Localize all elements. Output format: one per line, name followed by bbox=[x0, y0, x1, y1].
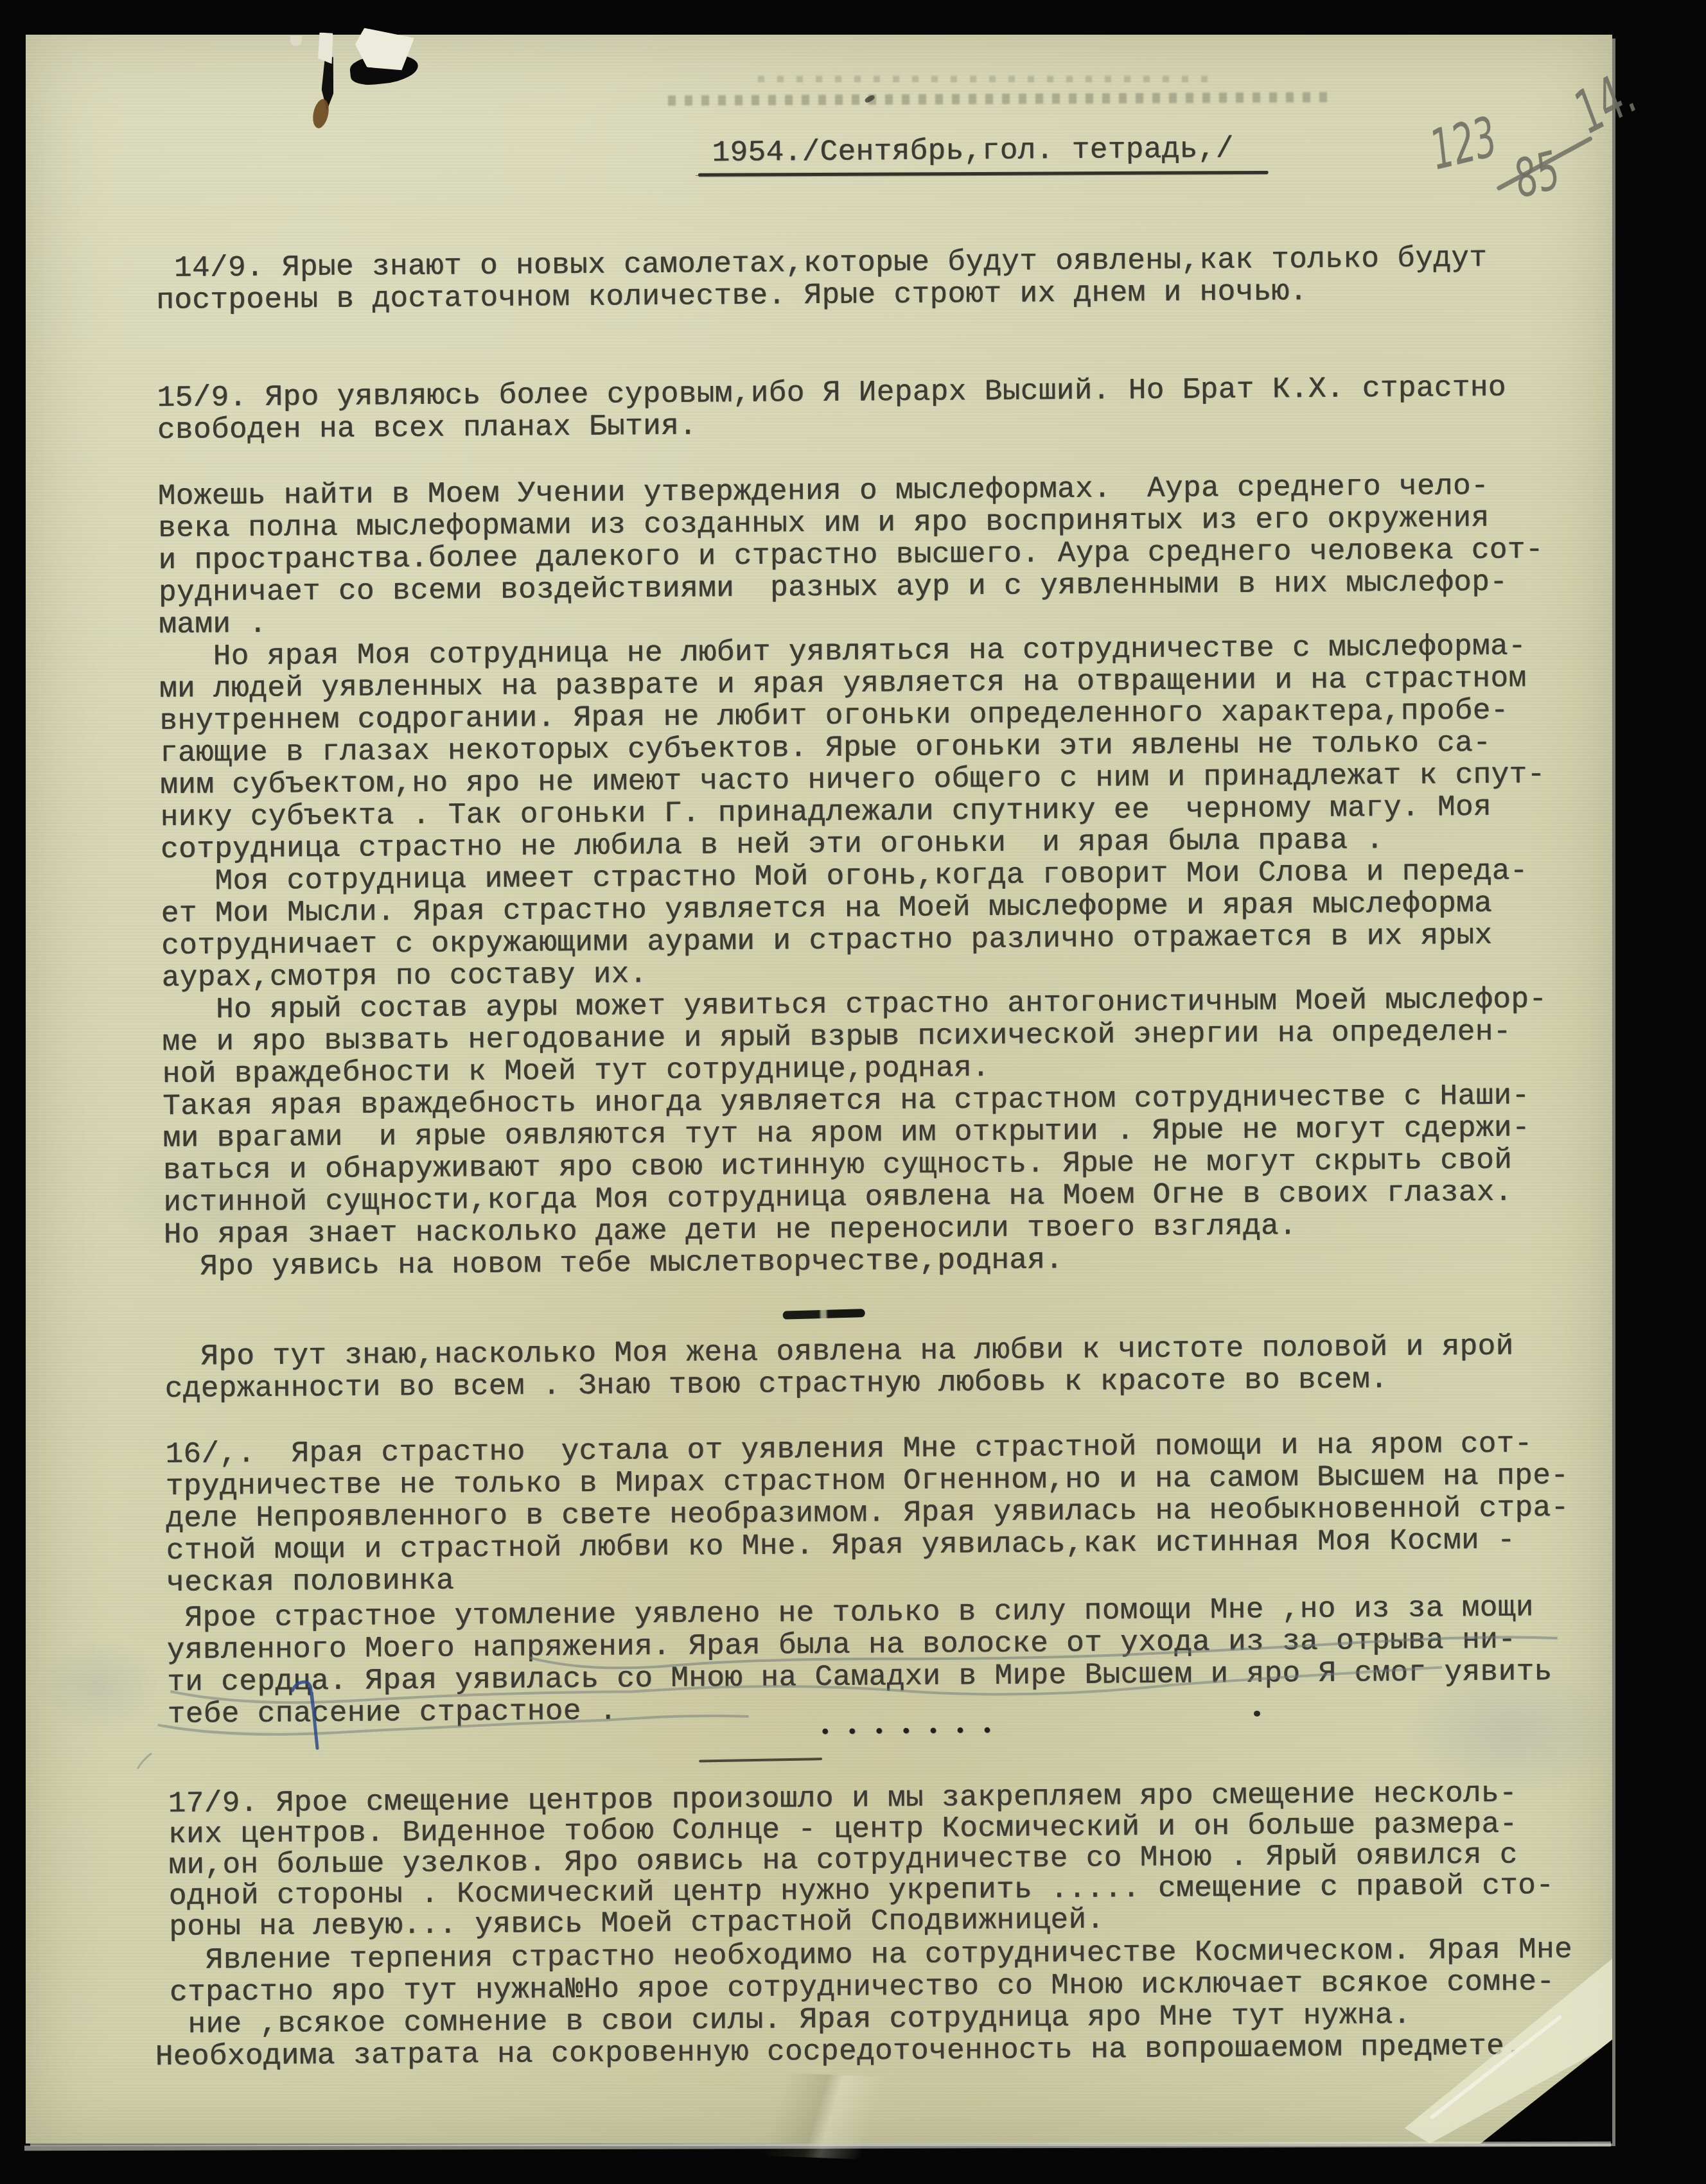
pencil-wavy-underline-3 bbox=[158, 1716, 749, 1736]
scan-stage: 1954./Сентябрь,гол. тетрадь,/ 14/9. Ярые… bbox=[0, 0, 1706, 2184]
document-page: 1954./Сентябрь,гол. тетрадь,/ 14/9. Ярые… bbox=[26, 35, 1612, 2144]
pencil-marks-overlay bbox=[17, 28, 1621, 2149]
pencil-wavy-underline-2 bbox=[170, 1667, 1442, 1703]
typewritten-content: 1954./Сентябрь,гол. тетрадь,/ 14/9. Ярые… bbox=[17, 28, 1621, 2149]
pencil-wavy-underline-1 bbox=[530, 1637, 1558, 1669]
blue-pen-mark bbox=[292, 1682, 317, 1748]
pencil-arc-mark bbox=[137, 1753, 152, 1769]
